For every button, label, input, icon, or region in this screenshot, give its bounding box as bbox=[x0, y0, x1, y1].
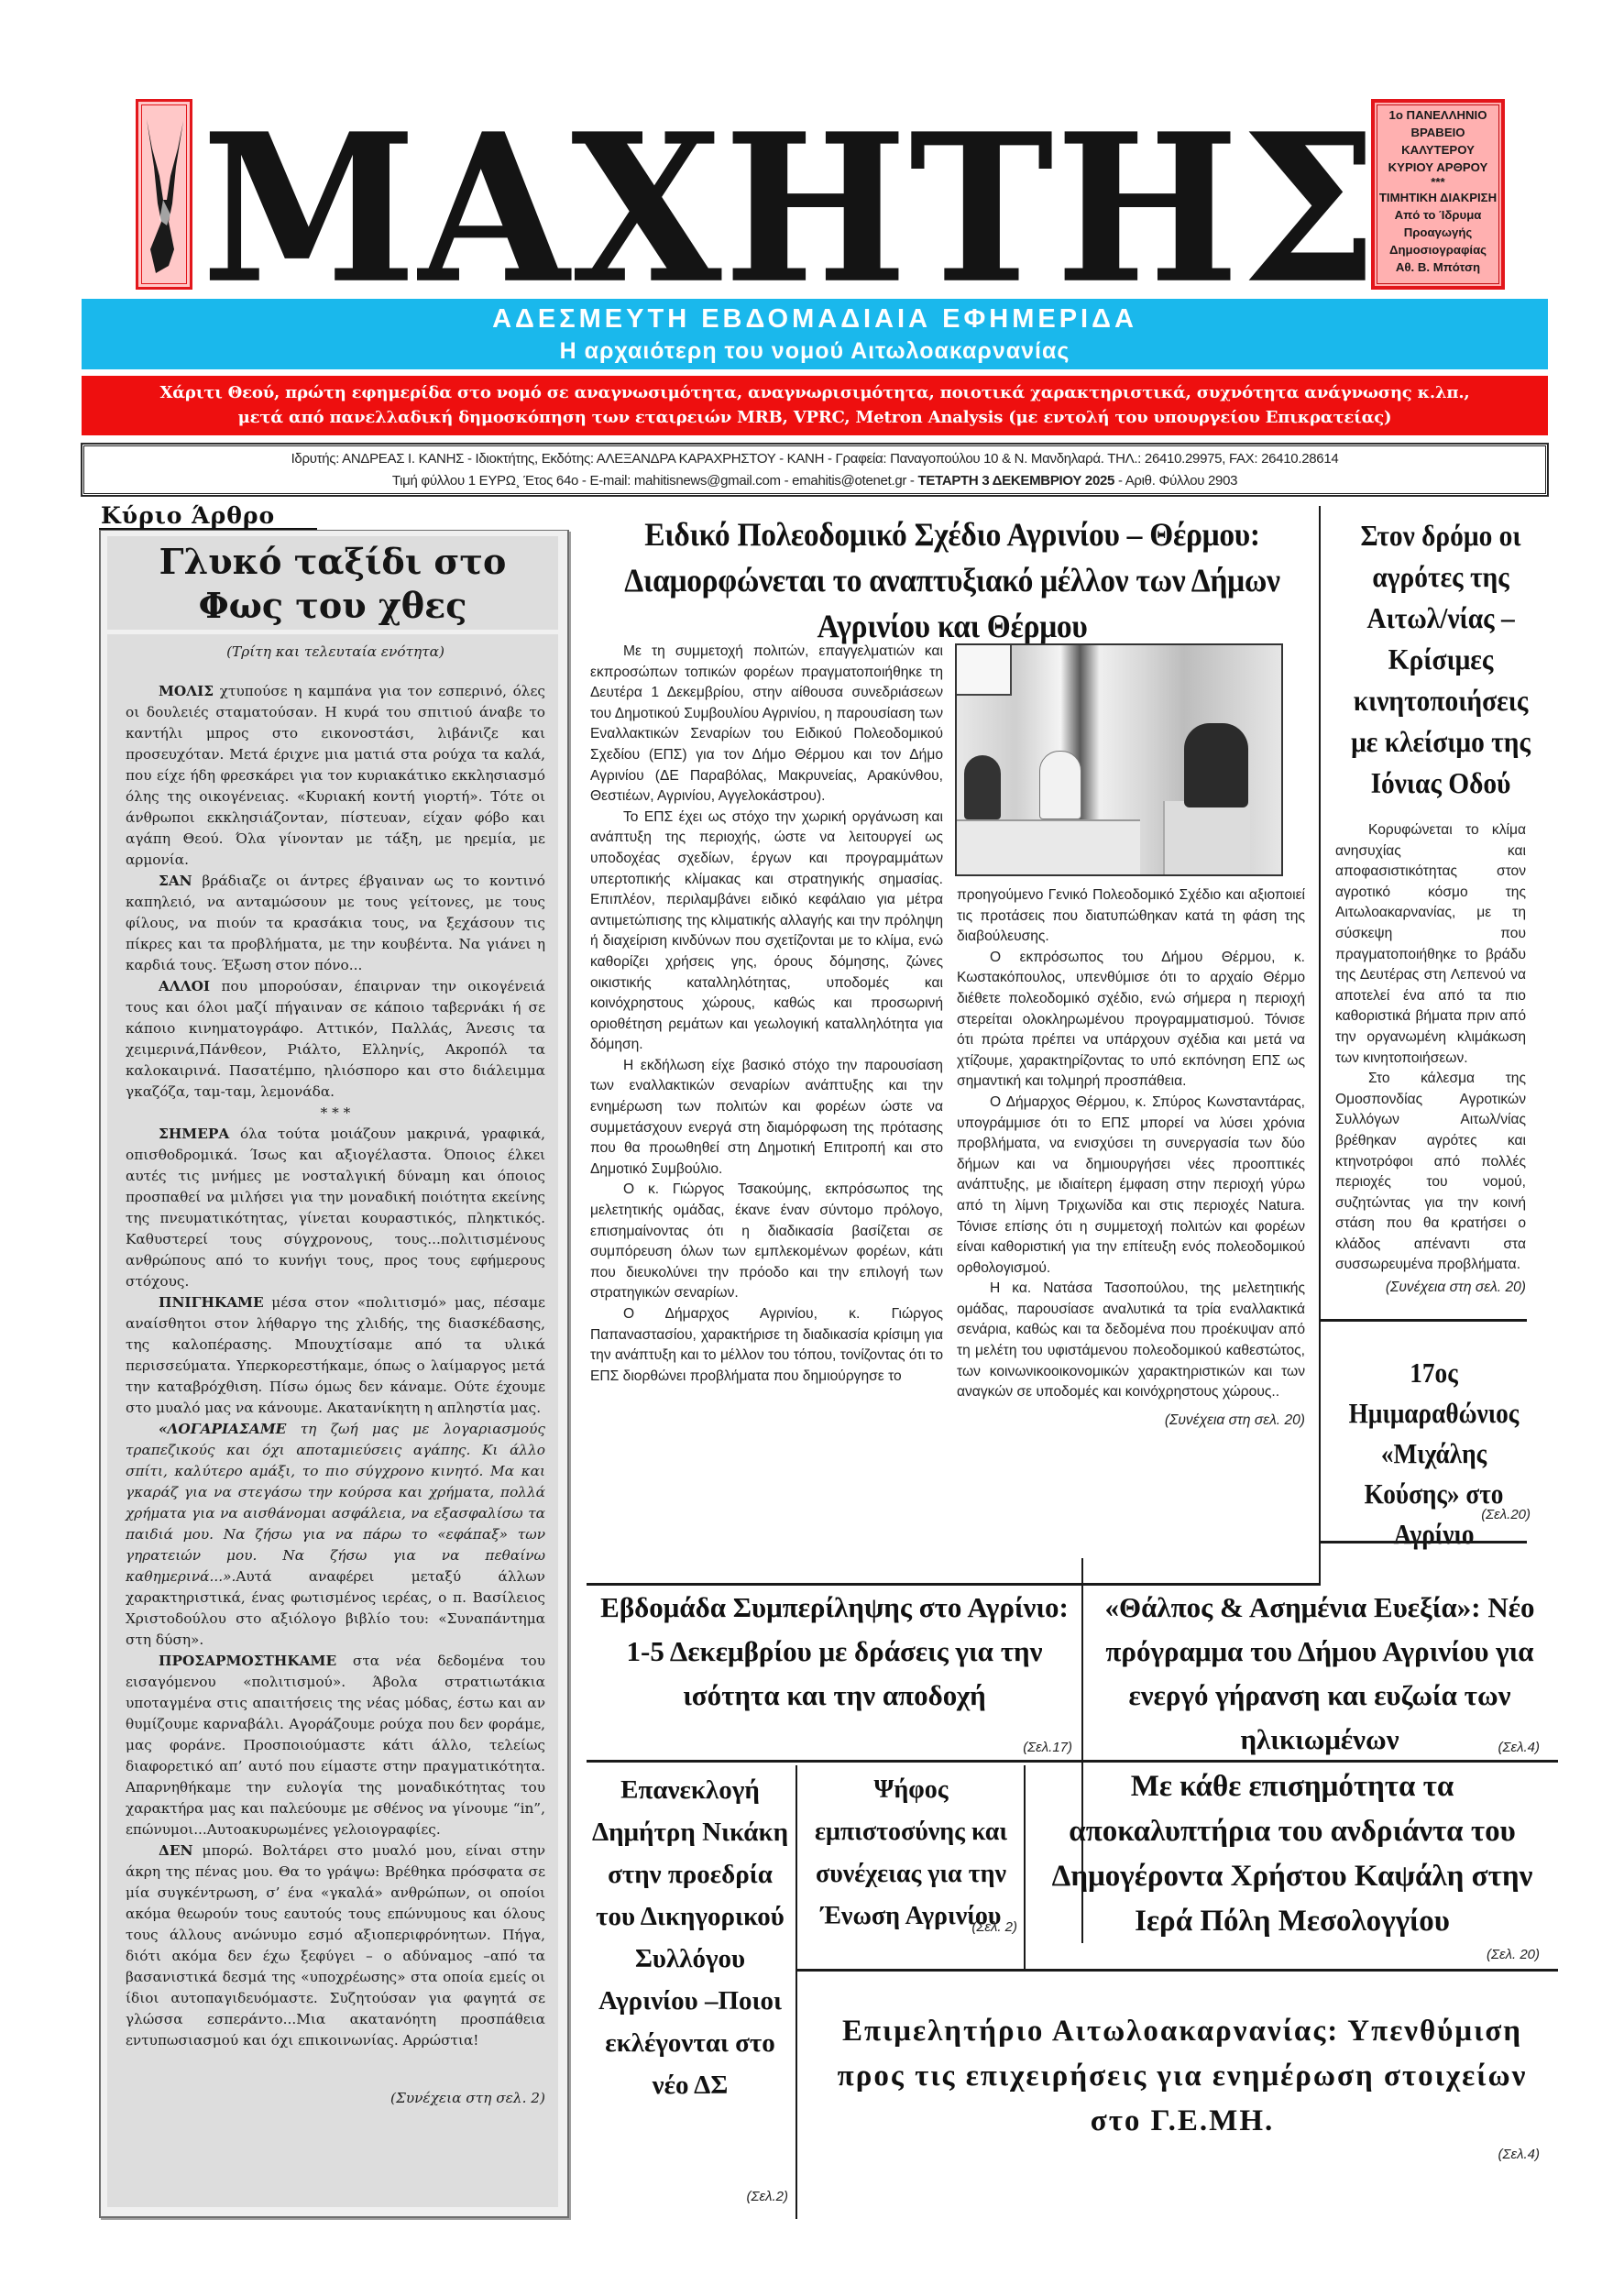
divider bbox=[1320, 1541, 1527, 1543]
paragraph: Ο εκπρόσωπος του Δήμου Θέρμου, κ. Κωστακ… bbox=[957, 948, 1305, 1093]
award-line: Αθ. Β. Μπότση bbox=[1377, 258, 1499, 276]
paragraph: Κορυφώνεται το κλίμα ανησυχίας και αποφα… bbox=[1335, 820, 1526, 1069]
continuation-link[interactable]: (Συνέχεια στη σελ. 20) bbox=[1335, 1278, 1526, 1299]
issue-number: - Αριθ. Φύλλου 2903 bbox=[1114, 473, 1237, 489]
brief-title-chamber-gemi[interactable]: Επιμελητήριο Αιτωλοακαρνανίας: Υπενθύμισ… bbox=[825, 2009, 1540, 2144]
price-contact: Τιμή φύλλου 1 ΕΥΡΩ¸ Έτος 64ο - E-mail: m… bbox=[392, 473, 918, 489]
paragraph: ΠΝΙΓΗΚΑΜΕ μέσα στον «πολιτισμό» μας, πέσ… bbox=[126, 1292, 545, 1419]
main-article-title[interactable]: Γλυκό ταξίδι στο Φως του χθες bbox=[107, 536, 558, 630]
brief-title-inclusion-week[interactable]: Εβδομάδα Συμπερίληψης στο Αγρίνιο: 1-5 Δ… bbox=[594, 1586, 1075, 1718]
eagle-logo bbox=[136, 99, 192, 290]
meeting-photo bbox=[955, 643, 1283, 876]
award-line: ΤΙΜΗΤΙΚΗ ΔΙΑΚΡΙΣΗ bbox=[1377, 189, 1499, 206]
continuation-link[interactable]: (Συνέχεια στη σελ. 20) bbox=[957, 1411, 1305, 1432]
brief-title-bar-association[interactable]: Επανεκλογή Δημήτρη Νικάκη στην προεδρία … bbox=[588, 1769, 792, 2106]
paragraph: Ο Δήμαρχος Θέρμου, κ. Σπύρος Κωνσταντάρα… bbox=[957, 1093, 1305, 1279]
paragraph: Με τη συμμετοχή πολιτών, επαγγελματιών κ… bbox=[590, 642, 943, 807]
brief-page-ref: (Σελ.4) bbox=[1430, 1740, 1540, 1755]
award-line: Δημοσιογραφίας bbox=[1377, 241, 1499, 258]
issue-date: ΤΕΤΑΡΤΗ 3 ΔΕΚΕΜΒΡΙΟΥ 2025 bbox=[918, 473, 1115, 489]
brief-title-union-vote[interactable]: Ψήφος εμπιστοσύνης και συνέχειας για την… bbox=[803, 1769, 1019, 1938]
paragraph: ΣΑΝ βράδιαζε οι άντρες έβγαιναν ως το κο… bbox=[126, 871, 545, 976]
readership-line-1: Χάριτι Θεού, πρώτη εφημερίδα στο νομό σε… bbox=[82, 380, 1548, 405]
paragraph: ΠΡΟΣΑΡΜΟΣΤΗΚΑΜΕ στα νέα δεδομένα του εισ… bbox=[126, 1651, 545, 1840]
paragraph: ΔΕΝ μπορώ. Βολτάρει στο μυαλό μου, είναι… bbox=[126, 1840, 545, 2051]
award-box: 1ο ΠΑΝΕΛΛΗΝΙΟ ΒΡΑΒΕΙΟ ΚΑΛΥΤΕΡΟΥ ΚΥΡΙΟΥ Α… bbox=[1371, 99, 1505, 290]
award-line: ΒΡΑΒΕΙΟ ΚΑΛΥΤΕΡΟΥ bbox=[1377, 124, 1499, 159]
divider bbox=[587, 1760, 1558, 1763]
title-line: Φως του χθες bbox=[107, 584, 558, 628]
paragraph: Στο κάλεσμα της Ομοσπονδίας Αγροτικών Συ… bbox=[1335, 1069, 1526, 1276]
award-line: Προαγωγής bbox=[1377, 224, 1499, 241]
paragraph: Η κα. Νατάσα Τασοπούλου, της μελετητικής… bbox=[957, 1279, 1305, 1403]
center-article-title[interactable]: Ειδικό Πολεοδομικό Σχέδιο Αγρινίου – Θέρ… bbox=[616, 511, 1289, 649]
award-line: Από το Ίδρυμα bbox=[1377, 206, 1499, 224]
brief-page-ref: (Σελ.4) bbox=[1430, 2147, 1540, 2162]
section-label: Κύριο Άρθρο bbox=[101, 502, 275, 529]
award-line: 1ο ΠΑΝΕΛΛΗΝΙΟ bbox=[1377, 106, 1499, 124]
paragraph: ΑΛΛΟΙ που μπορούσαν, έπαιρναν την οικογέ… bbox=[126, 976, 545, 1103]
brief-page-ref: (Σελ.2) bbox=[697, 2189, 788, 2204]
brief-page-ref: (Σελ.20) bbox=[1430, 1507, 1531, 1522]
brief-title-half-marathon[interactable]: 17ος Ημιμαραθώνιος «Μιχάλης Κούσης» στο … bbox=[1344, 1353, 1525, 1554]
award-line: ΚΥΡΙΟΥ ΑΡΘΡΟΥ bbox=[1377, 159, 1499, 176]
paragraph: ΣΗΜΕΡΑ όλα τούτα μοιάζουν μακρινά, γραφι… bbox=[126, 1124, 545, 1292]
newspaper-title: ΜΑΧΗΤΗΣ bbox=[202, 113, 1320, 305]
divider bbox=[796, 1765, 797, 2219]
title-line: Γλυκό ταξίδι στο bbox=[107, 540, 558, 584]
paragraph: Ο Δήμαρχος Αγρινίου, κ. Γιώργος Παπαναστ… bbox=[590, 1304, 943, 1387]
paragraph-quote: «ΛΟΓΑΡΙΑΣΑΜΕ τη ζωή μας με λογαριασμούς … bbox=[126, 1419, 545, 1651]
award-line: *** bbox=[1377, 176, 1499, 189]
brief-title-statue-unveiling[interactable]: Με κάθε επισημότητα τα αποκαλυπτήρια του… bbox=[1045, 1764, 1540, 1944]
main-article-body: (Τρίτη και τελευταία ενότητα) ΜΟΛΙΣ χτυπ… bbox=[107, 634, 558, 2207]
tagline: ΑΔΕΣΜΕΥΤΗ ΕΒΔΟΜΑΔΙΑΙΑ ΕΦΗΜΕΡΙΔΑ bbox=[82, 299, 1548, 336]
article-subtitle: (Τρίτη και τελευταία ενότητα) bbox=[126, 642, 545, 663]
paragraph: Ο κ. Γιώργος Τσακούμης, εκπρόσωπος της μ… bbox=[590, 1180, 943, 1304]
eagle-icon bbox=[141, 112, 187, 277]
divider bbox=[1320, 1319, 1527, 1322]
divider bbox=[796, 1969, 1558, 1972]
tagline-band: ΑΔΕΣΜΕΥΤΗ ΕΒΔΟΜΑΔΙΑΙΑ ΕΦΗΜΕΡΙΔΑ Η αρχαιό… bbox=[82, 299, 1548, 369]
brief-page-ref: (Σελ.17) bbox=[962, 1740, 1072, 1755]
separator: * * * bbox=[126, 1103, 545, 1124]
paragraph: προηγούμενο Γενικό Πολεοδομικό Σχέδιο κα… bbox=[957, 885, 1305, 948]
subtagline: Η αρχαιότερη του νομού Αιτωλοακαρνανίας bbox=[82, 336, 1548, 366]
publisher-info: Ιδρυτής: ΑΝΔΡΕΑΣ Ι. ΚΑΝΗΣ - Ιδιοκτήτης, … bbox=[84, 448, 1545, 470]
brief-title-elderly-program[interactable]: «Θάλπος & Ασημένια Ευεξία»: Νέο πρόγραμμ… bbox=[1091, 1586, 1549, 1762]
readership-banner: Χάριτι Θεού, πρώτη εφημερίδα στο νομό σε… bbox=[82, 376, 1548, 435]
paragraph: ΜΟΛΙΣ χτυπούσε η καμπάνα για τον εσπεριν… bbox=[126, 681, 545, 871]
center-article-col-2: προηγούμενο Γενικό Πολεοδομικό Σχέδιο κα… bbox=[957, 885, 1305, 1431]
brief-page-ref: (Σελ. 20) bbox=[1430, 1947, 1540, 1962]
paragraph: Η εκδήλωση είχε βασικό στόχο την παρουσί… bbox=[590, 1056, 943, 1181]
right-article-title[interactable]: Στον δρόμο οι αγρότες της Αιτωλ/νίας – Κ… bbox=[1340, 515, 1542, 804]
readership-line-2: μετά από πανελλαδική δημοσκόπηση των ετα… bbox=[82, 405, 1548, 430]
center-article-col-1: Με τη συμμετοχή πολιτών, επαγγελματιών κ… bbox=[590, 642, 943, 1387]
right-article-body: Κορυφώνεται το κλίμα ανησυχίας και αποφα… bbox=[1335, 820, 1526, 1299]
column-divider bbox=[1319, 506, 1321, 1586]
publication-info: Ιδρυτής: ΑΝΔΡΕΑΣ Ι. ΚΑΝΗΣ - Ιδιοκτήτης, … bbox=[82, 444, 1548, 496]
issue-info: Τιμή φύλλου 1 ΕΥΡΩ¸ Έτος 64ο - E-mail: m… bbox=[84, 470, 1545, 492]
paragraph: Το ΕΠΣ έχει ως στόχο την χωρική οργάνωση… bbox=[590, 807, 943, 1056]
continuation-link[interactable]: (Συνέχεια στη σελ. 2) bbox=[126, 2088, 545, 2109]
brief-page-ref: (Σελ. 2) bbox=[926, 1919, 1017, 1935]
divider bbox=[1024, 1765, 1026, 1969]
